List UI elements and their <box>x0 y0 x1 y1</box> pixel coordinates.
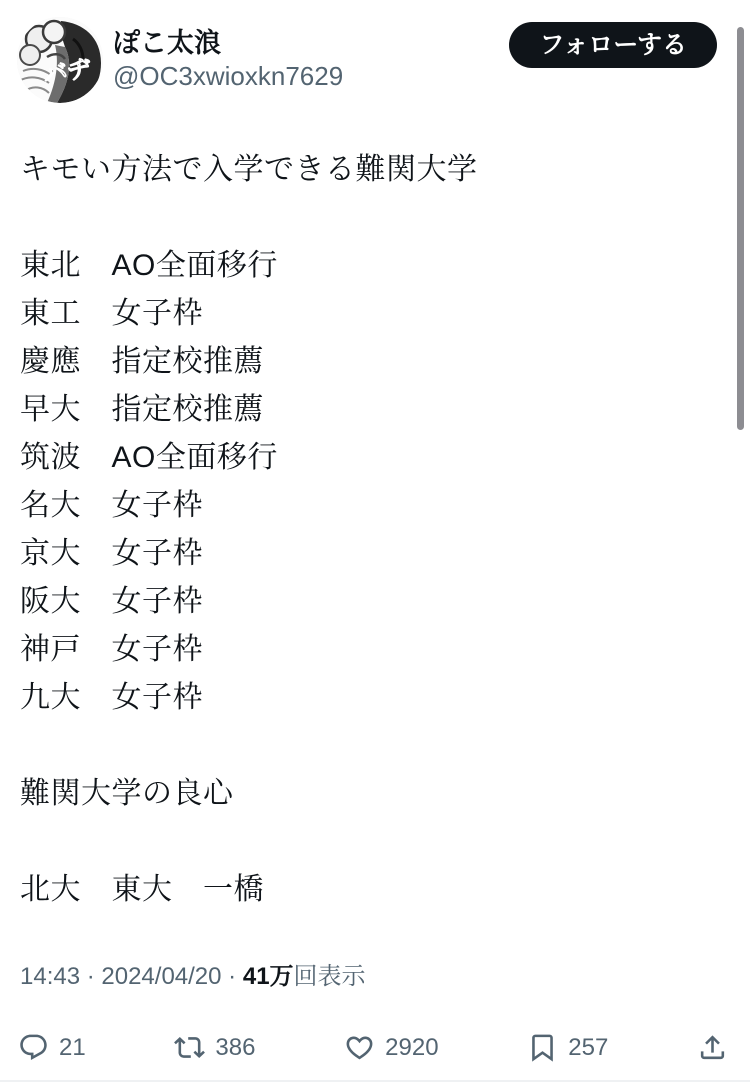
like-count: 2920 <box>385 1032 438 1063</box>
share-icon <box>697 1032 728 1063</box>
repost-icon <box>174 1032 205 1063</box>
bookmark-icon <box>527 1032 558 1063</box>
user-handle[interactable]: @OC3xwioxkn7629 <box>113 60 343 93</box>
bookmark-count: 257 <box>568 1032 608 1063</box>
tweet-meta: 14:43 · 2024/04/20 · 41万回表示 <box>20 962 366 992</box>
bottom-divider <box>0 1080 750 1082</box>
repost-count: 386 <box>215 1032 255 1063</box>
share-button[interactable] <box>697 1032 728 1063</box>
bookmark-button[interactable]: 257 <box>527 1032 608 1063</box>
views-count: 41万 <box>243 963 294 990</box>
tweet-detail-page: バヂ ぽこ太浪 @OC3xwioxkn7629 フォローする キモい方法で入学で… <box>0 0 750 1092</box>
timestamp: 14:43 · 2024/04/20 · <box>20 963 243 990</box>
reply-button[interactable]: 21 <box>18 1032 86 1063</box>
follow-button[interactable]: フォローする <box>509 22 717 68</box>
user-names: ぽこ太浪 @OC3xwioxkn7629 <box>113 27 343 93</box>
reply-icon <box>18 1032 49 1063</box>
avatar[interactable]: バヂ <box>17 17 103 103</box>
repost-button[interactable]: 386 <box>174 1032 255 1063</box>
like-button[interactable]: 2920 <box>344 1032 438 1063</box>
display-name[interactable]: ぽこ太浪 <box>113 27 343 60</box>
tweet-text: キモい方法で入学できる難関大学 東北 AO全面移行 東工 女子枠 慶應 指定校推… <box>20 146 710 914</box>
reply-count: 21 <box>59 1032 86 1063</box>
action-bar: 21 386 2920 257 <box>18 1022 728 1072</box>
scrollbar-thumb[interactable] <box>737 27 744 430</box>
like-icon <box>344 1032 375 1063</box>
tweet-header: バヂ ぽこ太浪 @OC3xwioxkn7629 フォローする <box>17 17 717 105</box>
avatar-manga-art: バヂ <box>17 17 103 103</box>
views-suffix: 回表示 <box>294 963 366 990</box>
